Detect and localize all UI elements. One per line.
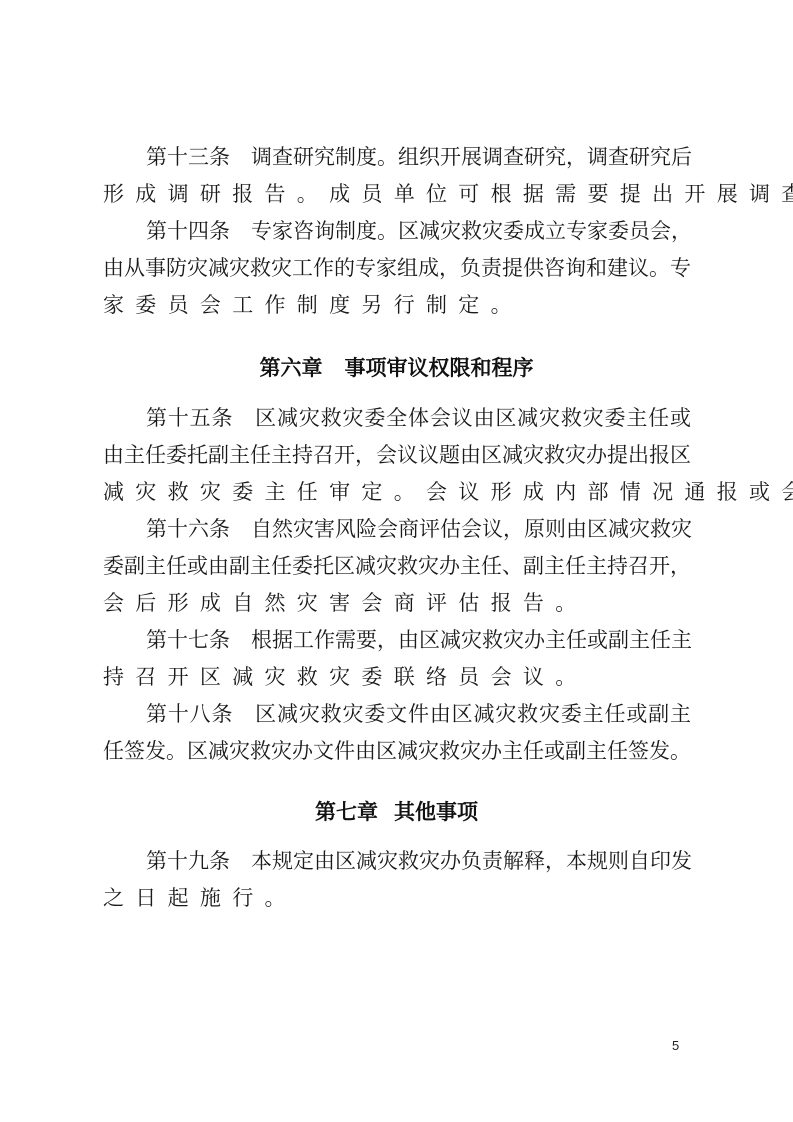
chapter-6-title: 事项审议权限和程序 bbox=[345, 356, 534, 380]
chapter-6-number: 第六章 bbox=[260, 356, 323, 380]
article-13-line-2: 形成调研报告。成员单位可根据需要提出开展调查研究建议。 bbox=[103, 176, 691, 213]
article-15-line-1: 第十五条 区减灾救灾委全体会议由区减灾救灾委主任或 bbox=[146, 400, 691, 437]
article-15-line-3: 减灾救灾委主任审定。会议形成内部情况通报或会议纪要。 bbox=[103, 474, 691, 511]
article-17-line-2: 持召开区减灾救灾委联络员会议。 bbox=[103, 659, 691, 696]
article-13-line-1: 第十三条 调查研究制度。组织开展调查研究，调查研究后 bbox=[146, 139, 691, 176]
article-17-line-1: 第十七条 根据工作需要，由区减灾救灾办主任或副主任主 bbox=[146, 622, 691, 659]
article-16-line-2: 委副主任或由副主任委托区减灾救灾办主任、副主任主持召开， bbox=[103, 548, 691, 585]
chapter-6-heading: 第六章事项审议权限和程序 bbox=[0, 350, 793, 387]
article-14-line-2: 由从事防灾减灾救灾工作的专家组成，负责提供咨询和建议。专 bbox=[103, 250, 691, 287]
article-18-line-2: 任签发。区减灾救灾办文件由区减灾救灾办主任或副主任签发。 bbox=[103, 733, 691, 770]
article-16-line-1: 第十六条 自然灾害风险会商评估会议，原则由区减灾救灾 bbox=[146, 511, 691, 548]
document-page: 第十三条 调查研究制度。组织开展调查研究，调查研究后 形成调研报告。成员单位可根… bbox=[0, 0, 793, 1122]
article-16-line-3: 会后形成自然灾害会商评估报告。 bbox=[103, 585, 691, 622]
chapter-7-number: 第七章 bbox=[315, 800, 378, 824]
article-18-line-1: 第十八条 区减灾救灾委文件由区减灾救灾委主任或副主 bbox=[146, 696, 691, 733]
article-14-line-3: 家委员会工作制度另行制定。 bbox=[103, 287, 691, 324]
article-19-line-1: 第十九条 本规定由区减灾救灾办负责解释，本规则自印发 bbox=[146, 843, 691, 880]
article-14-line-1: 第十四条 专家咨询制度。区减灾救灾委成立专家委员会， bbox=[146, 213, 691, 250]
chapter-7-heading: 第七章其他事项 bbox=[0, 794, 793, 831]
article-15-line-2: 由主任委托副主任主持召开，会议议题由区减灾救灾办提出报区 bbox=[103, 437, 691, 474]
page-number: 5 bbox=[672, 1038, 679, 1053]
chapter-7-title: 其他事项 bbox=[394, 800, 478, 824]
article-19-line-2: 之日起施行。 bbox=[103, 880, 691, 917]
